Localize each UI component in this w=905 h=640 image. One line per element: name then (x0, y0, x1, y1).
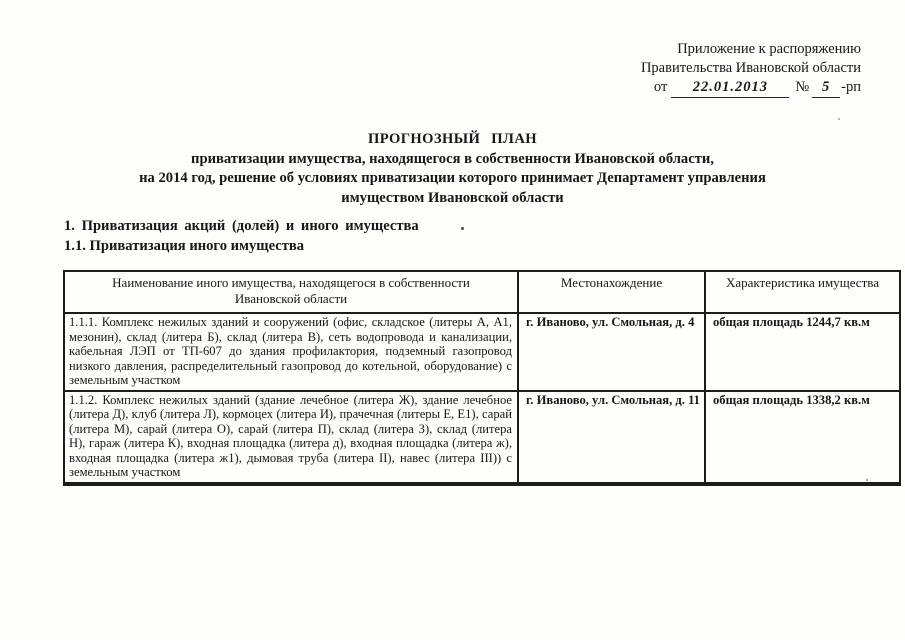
annotation-line-2: Правительства Ивановской области (641, 59, 861, 78)
cell-name: 1.1.2. Комплекс нежилых зданий (здание л… (64, 391, 518, 484)
header-name: Наименование иного имущества, находящего… (64, 271, 518, 313)
title-line-1: ПРОГНОЗНЫЙ ПЛАН (0, 130, 905, 150)
annotation-block: Приложение к распоряжению Правительства … (641, 40, 861, 98)
annotation-date-line: от22.01.2013№5-рп (641, 78, 861, 98)
title-line-4: имуществом Ивановской области (0, 189, 905, 209)
scan-speck (838, 118, 840, 120)
cell-location: г. Иваново, ул. Смольная, д. 11 (518, 391, 705, 484)
cell-characteristics: общая площадь 1244,7 кв.м (705, 313, 900, 391)
scan-speck (461, 227, 464, 230)
title-line-3: на 2014 год, решение об условиях привати… (0, 169, 905, 189)
header-characteristics: Характеристика имущества (705, 271, 900, 313)
section-heading-1-1: 1.1. Приватизация иного имущества (64, 236, 419, 256)
cell-characteristics: общая площадь 1338,2 кв.м (705, 391, 900, 484)
document-title: ПРОГНОЗНЫЙ ПЛАН приватизации имущества, … (0, 130, 905, 208)
privatization-table: Наименование иного имущества, находящего… (63, 270, 901, 486)
scanned-document-page: Приложение к распоряжению Правительства … (0, 0, 905, 640)
number-sign: № (795, 79, 809, 95)
number-blank: 5 (812, 78, 840, 98)
annotation-line-1: Приложение к распоряжению (641, 40, 861, 59)
table-header-row: Наименование иного имущества, находящего… (64, 271, 900, 313)
date-blank: 22.01.2013 (671, 78, 789, 98)
title-line-2: приватизации имущества, находящегося в с… (0, 150, 905, 170)
handwritten-number: 5 (822, 79, 830, 95)
table-row: 1.1.1. Комплекс нежилых зданий и сооруже… (64, 313, 900, 391)
section-heading-1: 1. Приватизация акций (долей) и иного им… (64, 216, 419, 236)
handwritten-date: 22.01.2013 (693, 79, 768, 95)
cell-name: 1.1.1. Комплекс нежилых зданий и сооруже… (64, 313, 518, 391)
scan-speck (866, 479, 868, 481)
date-prefix: от (654, 79, 667, 95)
cell-location: г. Иваново, ул. Смольная, д. 4 (518, 313, 705, 391)
number-suffix: -рп (841, 79, 861, 95)
table-row: 1.1.2. Комплекс нежилых зданий (здание л… (64, 391, 900, 484)
header-location: Местонахождение (518, 271, 705, 313)
section-headings: 1. Приватизация акций (долей) и иного им… (64, 216, 419, 256)
